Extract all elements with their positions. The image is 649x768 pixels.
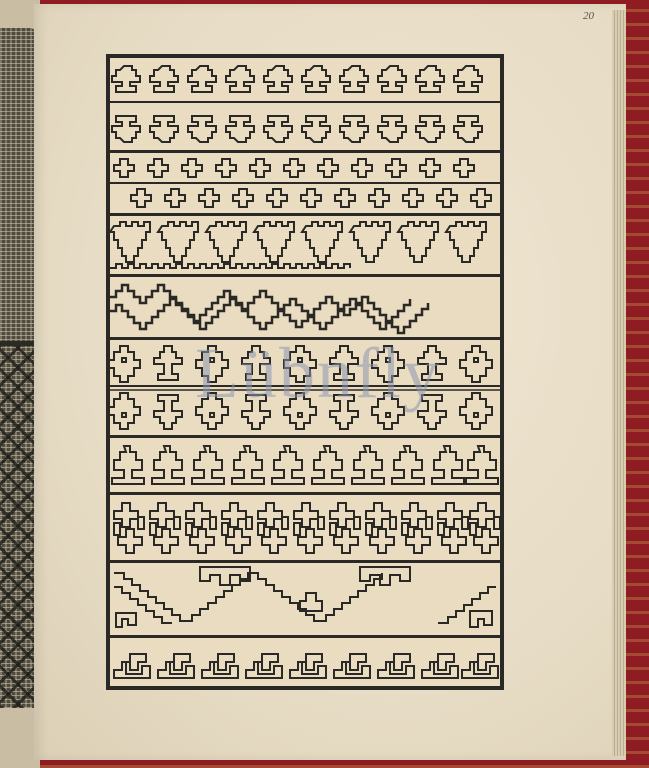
- pattern-band-9: [110, 638, 500, 686]
- folio-number: 20: [583, 10, 594, 22]
- left-page-pattern-plate: [0, 28, 36, 708]
- pattern-band-5: [110, 340, 500, 438]
- page-edges: [612, 10, 626, 756]
- interlaced-cross-motif: [110, 495, 500, 560]
- cross-and-goblet-motif: [110, 340, 500, 435]
- pattern-band-7: [110, 495, 500, 563]
- diamond-lattice-pattern: [0, 346, 36, 708]
- pattern-frame: [106, 54, 504, 690]
- stepped-zigzag-motif: [110, 277, 500, 337]
- pattern-band-3: [110, 216, 500, 277]
- pattern-band-4: [110, 277, 500, 340]
- diagonal-meander-motif: [110, 563, 500, 635]
- pattern-band-8: [110, 563, 500, 638]
- pattern-band-1: [110, 58, 500, 153]
- pattern-band-6: [110, 438, 500, 495]
- stepped-cross-motif: [110, 153, 500, 213]
- crenellated-heart-motif: [110, 216, 500, 274]
- stepped-goblet-row: [110, 438, 500, 492]
- pattern-band-2: [110, 153, 500, 216]
- stepped-fret-scroll: [110, 638, 500, 686]
- stepped-goblet-motif: [110, 58, 500, 150]
